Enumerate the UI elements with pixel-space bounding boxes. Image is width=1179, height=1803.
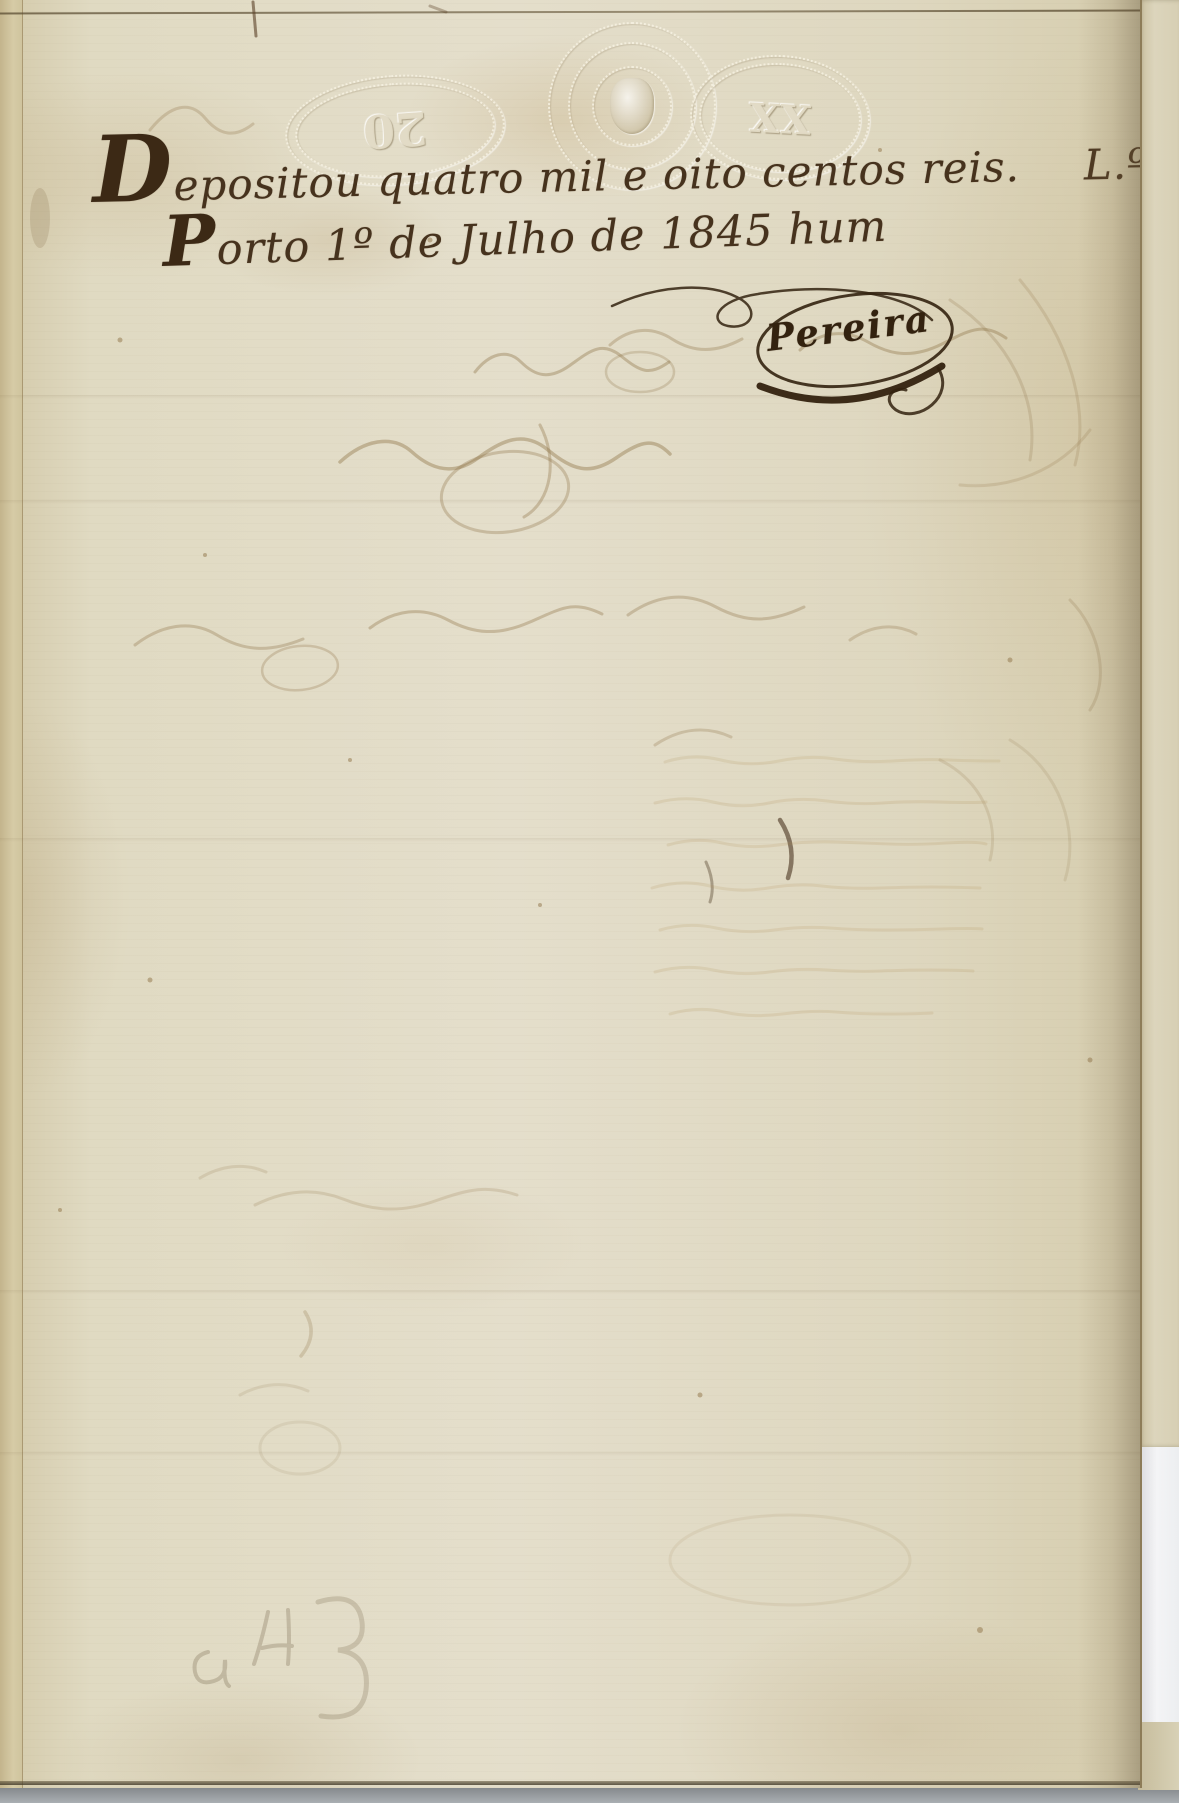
foxing-spot [1008,658,1013,663]
ghost-rubric-loop [260,642,340,694]
ghost-text-line [665,757,999,764]
ghost-text-line [660,925,982,931]
pencil-stroke [254,1612,268,1664]
ghost-smudge [30,188,50,248]
ghost-signature-stroke [370,607,602,632]
foxing-spot [118,338,123,343]
pencil-stroke [195,1652,229,1686]
foxing-spot [203,553,207,557]
ghost-text-line [670,1009,932,1015]
foxing-spot [148,978,153,983]
adjacent-page-top [1138,0,1179,1447]
ghost-flourish [1020,280,1080,465]
foxing-spot [977,1627,983,1633]
ghost-stroke [240,1385,308,1395]
foxing-spot [348,758,352,762]
ghost-rubric-loop [436,443,574,540]
ghost-signature-stroke [135,626,303,649]
ghost-stroke [301,1312,311,1356]
ghost-rubric-loop [260,1422,340,1474]
page-curl-shadow [1078,0,1140,1788]
ghost-paragraph [652,757,999,1016]
foxing-spot [58,1208,62,1212]
ghost-rubric-loop [670,1515,910,1605]
ghost-signature-stroke [628,597,804,619]
ink-crescent-mark [706,862,712,902]
ghost-stroke [200,1166,266,1178]
ghost-flourish [960,430,1090,486]
ghost-flourish [1010,740,1070,880]
adjacent-page-edge [1138,0,1179,1790]
pencil-stroke [318,1599,366,1717]
ghost-signature-stroke [850,627,916,640]
scanner-white-gap [1138,1447,1179,1722]
foxing-spot [538,903,542,907]
ink-fleck [253,2,256,36]
bottom-page-edge [0,1781,1140,1785]
ghost-text-line [655,799,986,806]
scanned-manuscript-page: 20 XX [0,0,1179,1803]
signature-oval-heavy-bottom [760,366,942,400]
ghost-stroke [255,1189,517,1209]
foxing-spot [698,1393,703,1398]
ghost-stroke [655,730,731,745]
paper-sheet: 20 XX [0,0,1142,1788]
pencil-note [195,1599,367,1717]
pencil-stroke [288,1610,289,1664]
signature-block: Pereira [600,248,980,438]
ghost-text-line [652,883,980,890]
ink-fleck [430,6,446,12]
ink-crescent-mark [780,820,792,878]
ghost-signature-stroke [340,439,670,469]
ghost-text-line [668,840,986,846]
ghost-text-line [655,967,973,973]
adjacent-page-bottom [1138,1722,1179,1790]
